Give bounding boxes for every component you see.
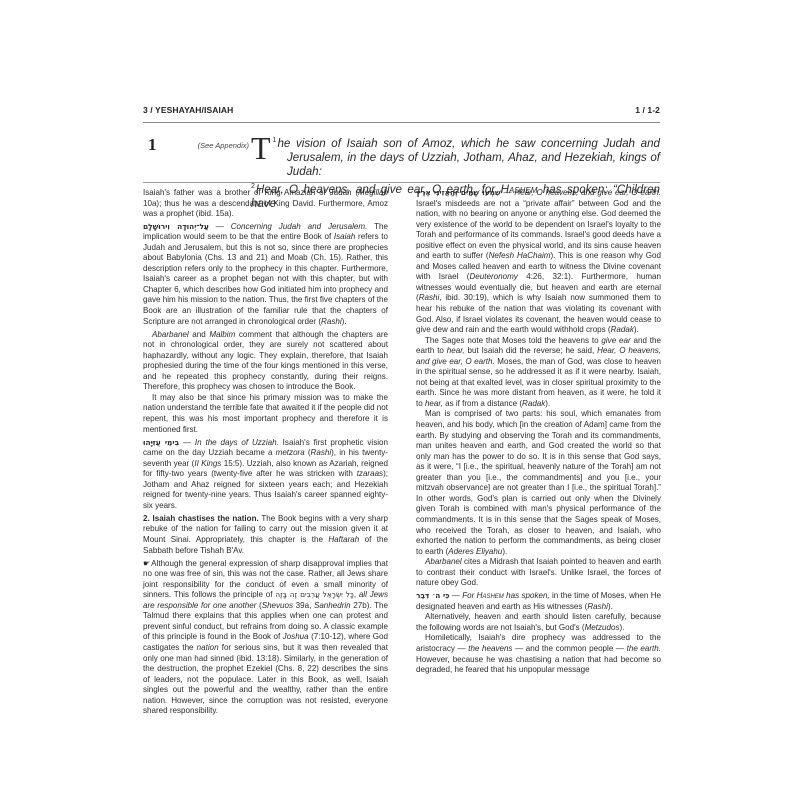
commentary-paragraph: Isaiah's father was a brother of King Am… bbox=[143, 188, 388, 220]
hebrew-phrase: כָּל יִשְׂרָאֵל עֲרֵבִים זֶה בָּזֶה bbox=[275, 590, 354, 599]
commentary-paragraph: Homiletically, Isaiah's dire prophecy wa… bbox=[416, 633, 661, 675]
hebrew-lemma: שִׁמְעוּ שָׁמַיִם וְהַאֲזִינִי אֶרֶץ bbox=[416, 188, 501, 197]
hebrew-lemma: בִּימֵי עֻזִּיָּהוּ bbox=[143, 438, 179, 447]
commentary-paragraph: Man is comprised of two parts: his soul,… bbox=[416, 409, 661, 557]
commentary-rule-divider bbox=[143, 182, 660, 183]
running-head-right: 1 / 1-2 bbox=[635, 105, 660, 115]
chapter-number: 1 bbox=[148, 135, 157, 155]
commentary-paragraph: Abarbanel cites a Midrash that Isaiah po… bbox=[416, 557, 661, 589]
lemma-translation: Concerning Judah and Jerusalem. bbox=[231, 222, 368, 231]
section-heading-paragraph: 2. Isaiah chastises the nation. The Book… bbox=[143, 514, 388, 556]
verse-line-1: 1The vision of Isaiah son of Amoz, which… bbox=[251, 134, 660, 151]
commentary-column-left: Isaiah's father was a brother of King Am… bbox=[143, 188, 388, 719]
see-appendix-note: (See Appendix) bbox=[193, 141, 249, 151]
verse-block: 1 (See Appendix) 1The vision of Isaiah s… bbox=[143, 130, 660, 185]
running-head: 3 / YESHAYAH/ISAIAH 1 / 1-2 bbox=[143, 105, 660, 115]
section-heading: 2. Isaiah chastises the nation. bbox=[143, 514, 259, 523]
commentary-paragraph: ☛Although the general expression of shar… bbox=[143, 559, 388, 717]
commentary-paragraph: בִּימֵי עֻזִּיָּהוּ — In the days of Uzz… bbox=[143, 438, 388, 512]
commentary-paragraph: שִׁמְעוּ שָׁמַיִם וְהַאֲזִינִי אֶרֶץ — H… bbox=[416, 188, 661, 336]
verse-line-2: Jerusalem, in the days of Uzziah, Jotham… bbox=[251, 151, 660, 179]
commentary-paragraph: כִּי ה׳ דִּבֵּר — For Hashem has spoken,… bbox=[416, 591, 661, 612]
hebrew-lemma: עַל־יְהוּדָה וִירוּשָׁלִָם bbox=[143, 222, 209, 231]
verse-1-text-a: he vision of Isaiah son of Amoz, which h… bbox=[277, 137, 660, 150]
commentary-column-right: שִׁמְעוּ שָׁמַיִם וְהַאֲזִינִי אֶרֶץ — H… bbox=[416, 188, 661, 676]
commentary-paragraph: Alternatively, heaven and earth should l… bbox=[416, 612, 661, 633]
pointing-hand-icon: ☛ bbox=[143, 559, 150, 570]
drop-cap: T bbox=[251, 135, 271, 161]
lemma-translation: Hear, O heavens, and give ear, O earth. bbox=[514, 188, 661, 197]
verse-number-1: 1 bbox=[273, 137, 277, 144]
book-page: 3 / YESHAYAH/ISAIAH 1 / 1-2 1 (See Appen… bbox=[0, 0, 800, 800]
lemma-translation: In the days of Uzziah. bbox=[195, 438, 279, 447]
commentary-paragraph: The Sages note that Moses told the heave… bbox=[416, 336, 661, 410]
lemma-translation: For Hashem has spoken, bbox=[462, 591, 549, 600]
running-head-left: 3 / YESHAYAH/ISAIAH bbox=[143, 105, 233, 115]
hebrew-lemma: כִּי ה׳ דִּבֵּר bbox=[416, 591, 449, 600]
commentary-paragraph: Abarbanel and Malbim comment that althou… bbox=[143, 330, 388, 393]
commentary-paragraph: עַל־יְהוּדָה וִירוּשָׁלִָם — Concerning … bbox=[143, 222, 388, 327]
top-rule-divider bbox=[143, 122, 660, 123]
commentary-paragraph: It may also be that since his primary mi… bbox=[143, 393, 388, 435]
